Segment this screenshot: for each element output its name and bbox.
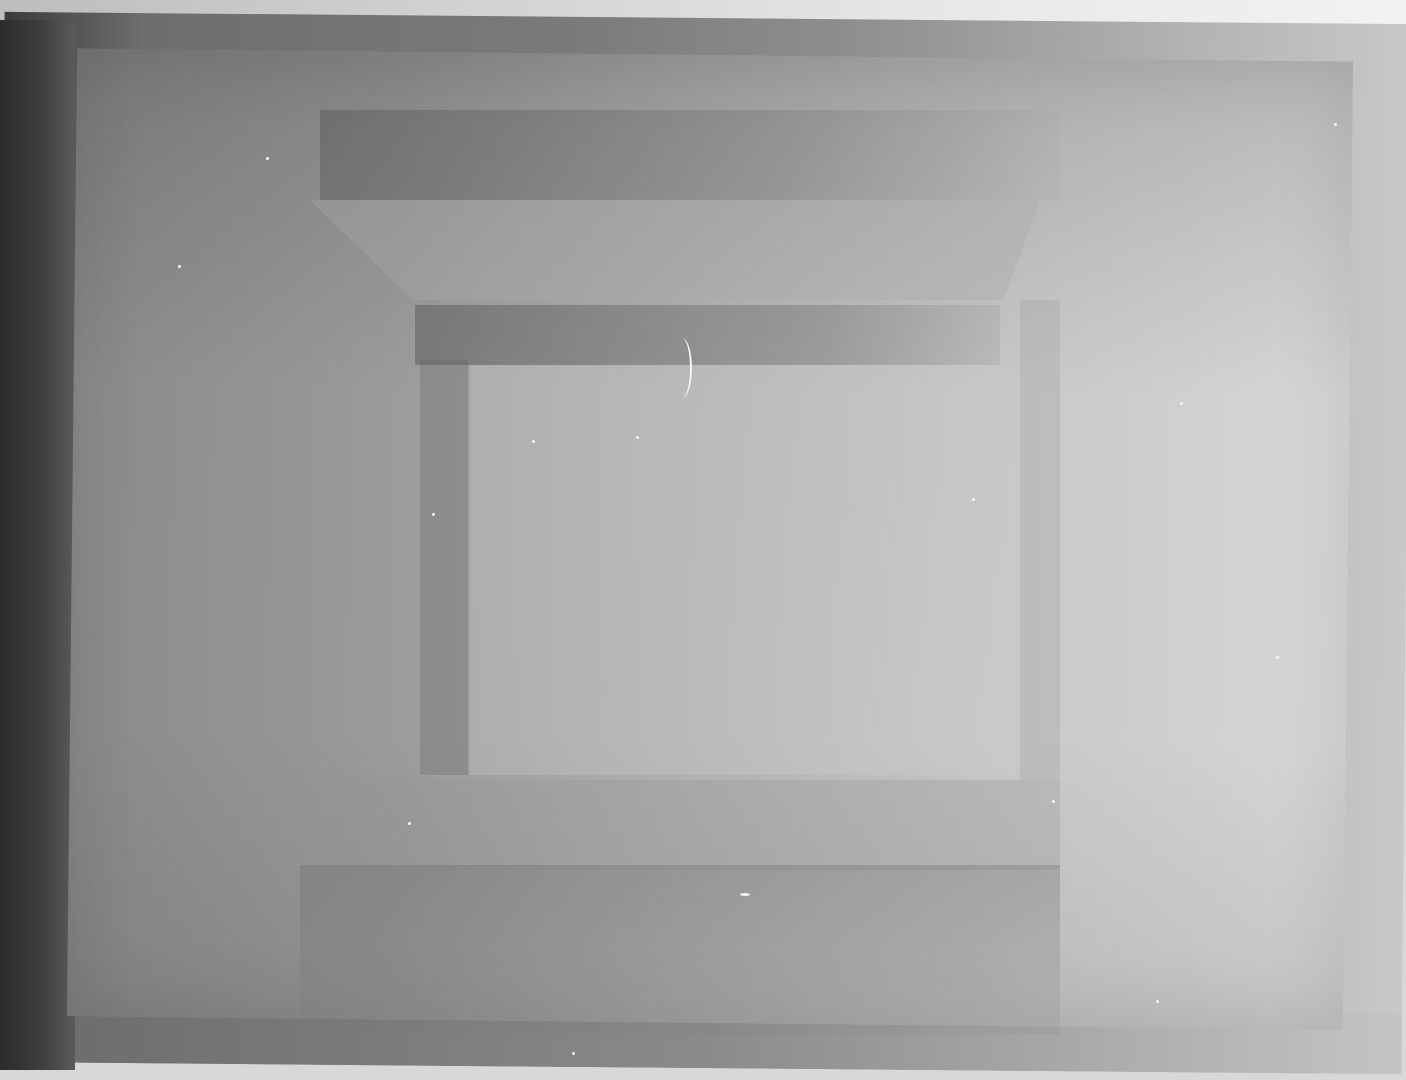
dust-speck: [1334, 123, 1337, 126]
dust-speck: [408, 822, 411, 825]
ceiling-shadow: [320, 110, 1060, 200]
film-photograph: [0, 0, 1406, 1080]
dust-speck: [1052, 800, 1055, 803]
lower-plane: [300, 780, 1060, 870]
dust-speck: [1276, 656, 1279, 659]
dust-speck: [740, 893, 750, 896]
film-left-edge: [0, 20, 75, 1070]
dust-speck: [572, 1052, 575, 1055]
dust-speck: [266, 157, 269, 160]
upper-plane: [310, 200, 1040, 300]
dust-scratch: [672, 338, 692, 398]
right-post: [1020, 300, 1060, 780]
dust-speck: [972, 498, 975, 501]
dust-speck: [636, 436, 639, 439]
dust-speck: [178, 265, 181, 268]
floor-shadow: [300, 865, 1060, 1035]
inner-opening: [470, 365, 1015, 775]
dust-speck: [1180, 402, 1183, 405]
dust-speck: [432, 513, 435, 516]
left-post: [420, 360, 468, 775]
dust-speck: [1156, 1000, 1159, 1003]
top-beam: [415, 305, 1000, 365]
dust-speck: [532, 440, 535, 443]
